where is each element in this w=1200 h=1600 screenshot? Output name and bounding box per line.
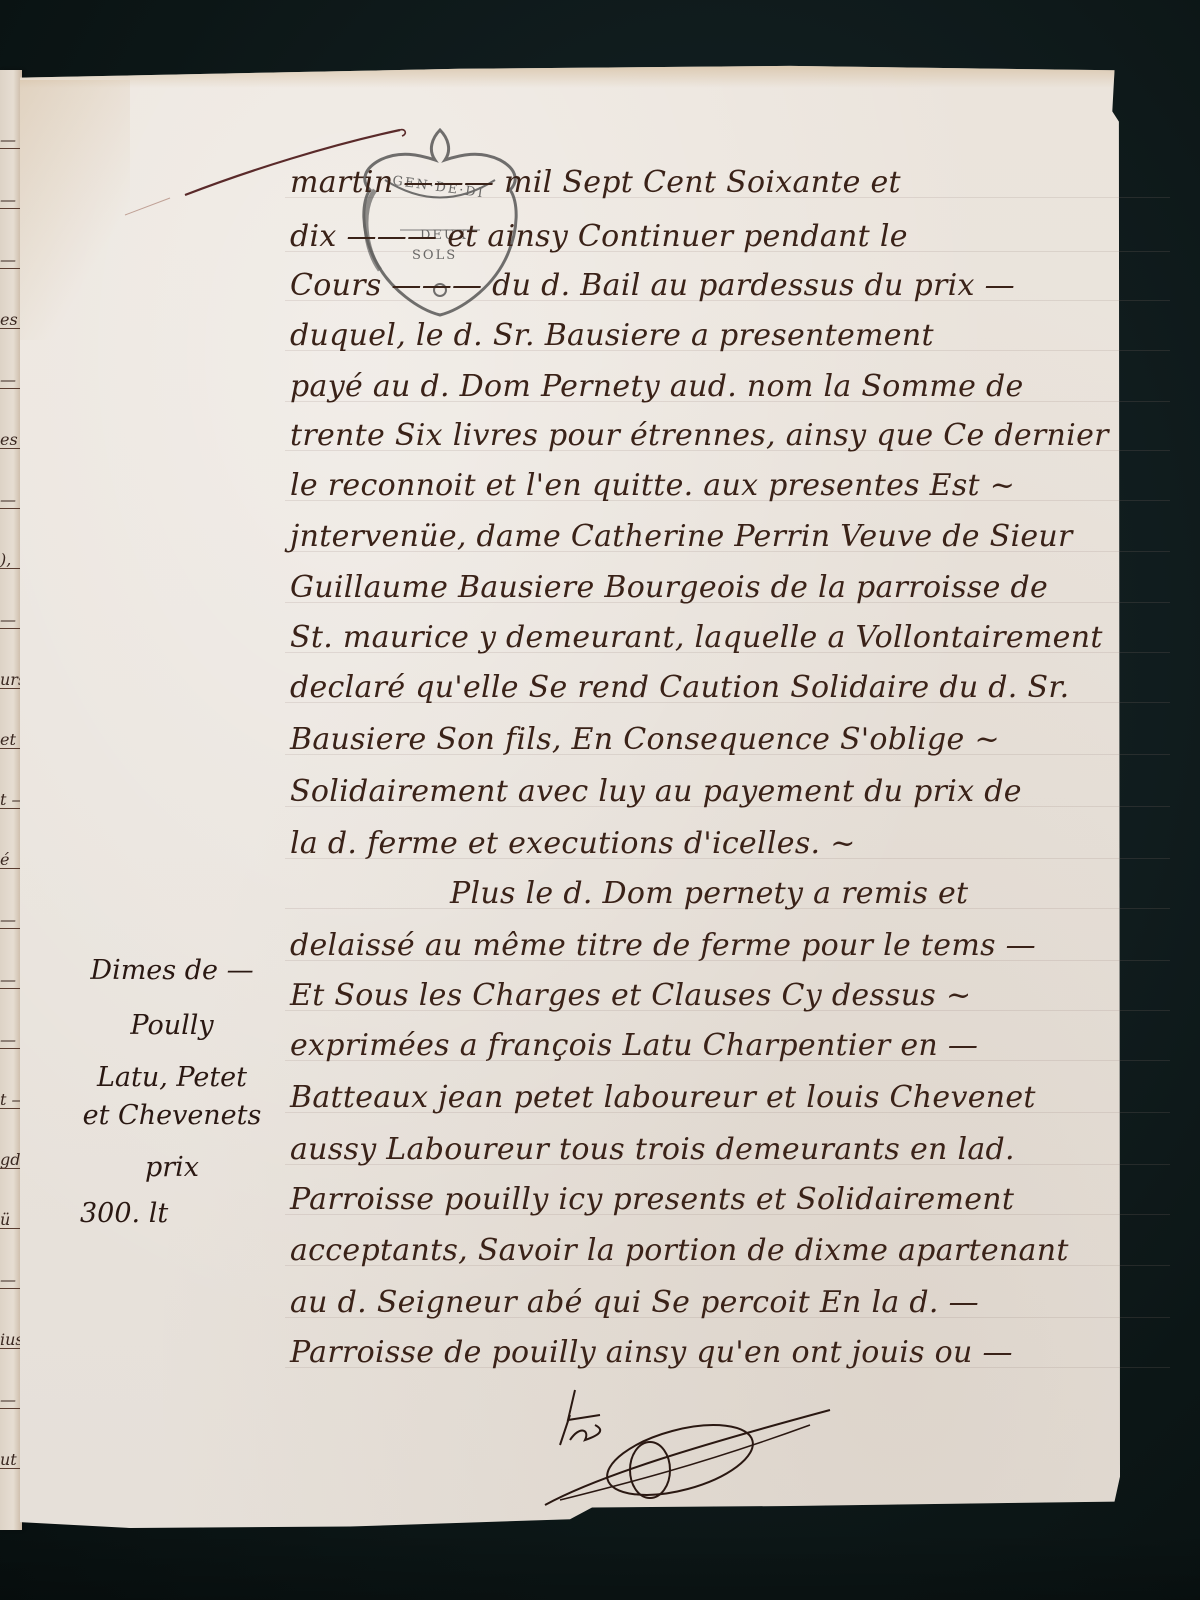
previous-page-text-fragment: — xyxy=(0,130,22,149)
margin-note-line: 300. lt xyxy=(80,1198,280,1229)
manuscript-line: St. maurice y demeurant, laquelle a Voll… xyxy=(290,620,1140,656)
manuscript-line: exprimées a françois Latu Charpentier en… xyxy=(290,1028,1140,1064)
previous-page-text-fragment: — xyxy=(0,1390,22,1409)
manuscript-line: acceptants, Savoir la portion de dixme a… xyxy=(290,1233,1140,1269)
manuscript-line: Solidairement avec luy au payement du pr… xyxy=(290,774,1140,810)
manuscript-line: Parroisse de pouilly ainsy qu'en ont jou… xyxy=(290,1335,1140,1371)
previous-page-text-fragment: — xyxy=(0,610,22,629)
manuscript-line: Parroisse pouilly icy presents et Solida… xyxy=(290,1182,1140,1218)
manuscript-line: au d. Seigneur abé qui Se percoit En la … xyxy=(290,1285,1140,1321)
previous-page-text-fragment: es xyxy=(0,430,22,449)
previous-page-text-fragment: t — xyxy=(0,1090,22,1109)
manuscript-line: Plus le d. Dom pernety a remis et xyxy=(450,876,1200,912)
previous-page-text-fragment: — xyxy=(0,1270,22,1289)
previous-page-text-fragment: — xyxy=(0,970,22,989)
manuscript-line: duquel, le d. Sr. Bausiere a presentemen… xyxy=(290,318,1140,354)
previous-page-text-fragment: et xyxy=(0,730,22,749)
previous-page-text-fragment: gd xyxy=(0,1150,22,1169)
manuscript-line: dix ——— et ainsy Continuer pendant le xyxy=(290,219,1140,255)
manuscript-line: delaissé au même titre de ferme pour le … xyxy=(290,928,1140,964)
previous-page-text-fragment: urs xyxy=(0,670,22,689)
margin-note-line: Dimes de — xyxy=(72,955,272,986)
margin-note-line: prix xyxy=(72,1152,272,1183)
previous-page-text-fragment: ut xyxy=(0,1450,22,1469)
previous-page-text-fragment: es xyxy=(0,310,22,329)
margin-note-line: Poully xyxy=(72,1010,272,1041)
previous-page-text-fragment: — xyxy=(0,250,22,269)
previous-page-text-fragment: ), xyxy=(0,550,22,569)
manuscript-line: declaré qu'elle Se rend Caution Solidair… xyxy=(290,670,1140,706)
manuscript-line: jntervenüe, dame Catherine Perrin Veuve … xyxy=(290,519,1140,555)
manuscript-line: Cours ——— du d. Bail au pardessus du pri… xyxy=(290,268,1140,304)
margin-note-line: Latu, Petet xyxy=(72,1062,272,1093)
manuscript-line: la d. ferme et executions d'icelles. ~ xyxy=(290,826,1140,862)
previous-page-text-fragment: ius xyxy=(0,1330,22,1349)
previous-page-text-fragment: ü xyxy=(0,1210,22,1229)
previous-page-text-fragment: — xyxy=(0,910,22,929)
margin-note-line: et Chevenets xyxy=(72,1100,272,1131)
previous-page-text-fragment: é xyxy=(0,850,22,869)
previous-page-text-fragment: — xyxy=(0,1030,22,1049)
manuscript-line: trente Six livres pour étrennes, ainsy q… xyxy=(290,418,1140,454)
table-shadow xyxy=(0,1530,1200,1600)
previous-page-text-fragment: — xyxy=(0,490,22,509)
previous-page-text-fragment: t — xyxy=(0,790,22,809)
signature-mark xyxy=(540,1385,840,1515)
previous-page-text-fragment: — xyxy=(0,190,22,209)
manuscript-line: martin ——— mil Sept Cent Soixante et xyxy=(290,165,1140,201)
manuscript-line: Bausiere Son fils, En Consequence S'obli… xyxy=(290,722,1140,758)
manuscript-line: payé au d. Dom Pernety aud. nom la Somme… xyxy=(290,369,1140,405)
previous-page-text-fragment: — xyxy=(0,370,22,389)
manuscript-line: Batteaux jean petet laboureur et louis C… xyxy=(290,1080,1140,1116)
manuscript-line: Et Sous les Charges et Clauses Cy dessus… xyxy=(290,978,1140,1014)
manuscript-line: le reconnoit et l'en quitte. aux present… xyxy=(290,468,1140,504)
manuscript-line: aussy Laboureur tous trois demeurants en… xyxy=(290,1132,1140,1168)
manuscript-line: Guillaume Bausiere Bourgeois de la parro… xyxy=(290,570,1140,606)
previous-page-edge: ———es—es—), —ursett —é———t —gdü—ius—ut xyxy=(0,70,22,1530)
